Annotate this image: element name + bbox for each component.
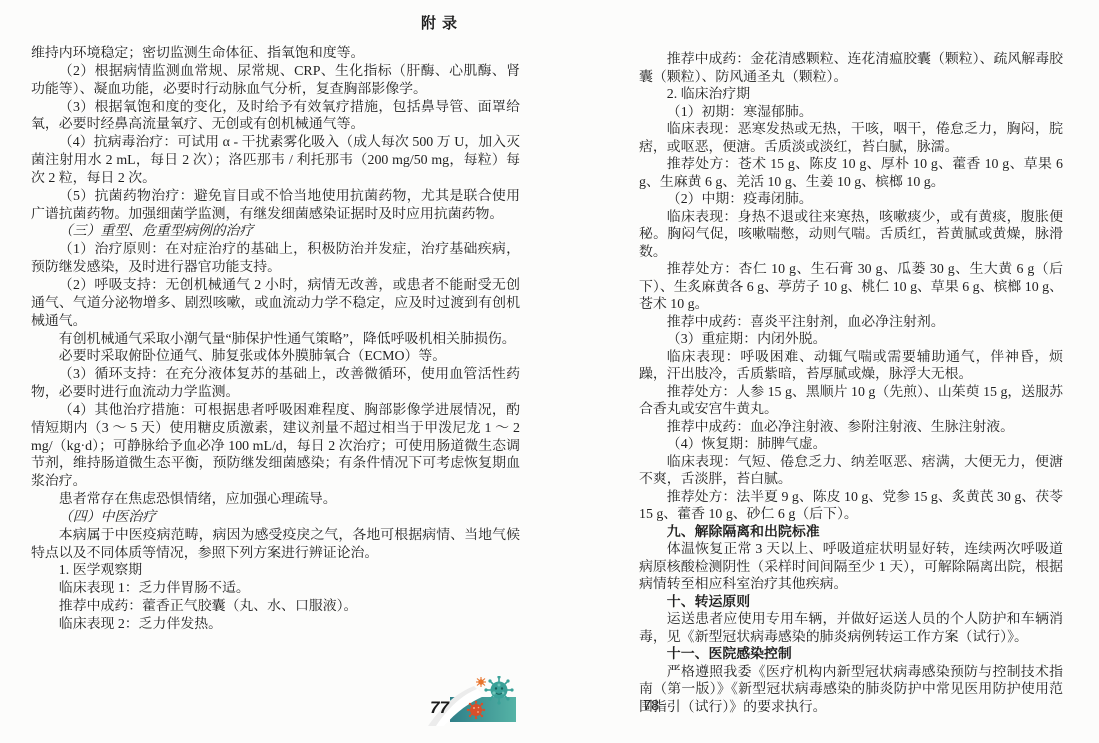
paragraph: （4）其他治疗措施：可根据患者呼吸困难程度、胸部影像学进展情况，酌情短期内（3 … — [31, 402, 520, 491]
paragraph: 患者常存在焦虑恐惧情绪，应加强心理疏导。 — [31, 491, 520, 509]
paragraph: 推荐中成药：金花清感颗粒、连花清瘟胶囊（颗粒）、疏风解毒胶囊（颗粒）、防风通圣丸… — [639, 51, 1063, 86]
paragraph: 本病属于中医疫病范畴，病因为感受疫戾之气，各地可根据病情、当地气候特点以及不同体… — [31, 527, 520, 563]
paragraph: （三）重型、危重型病例的治疗 — [31, 223, 520, 241]
paragraph: （2）根据病情监测血常规、尿常规、CRP、生化指标（肝酶、心肌酶、肾功能等）、凝… — [31, 63, 520, 99]
paragraph: 2. 临床治疗期 — [639, 86, 1063, 104]
small-virus-icon — [467, 701, 485, 719]
page-number-77: 77 — [430, 698, 449, 718]
page-77-body: 维持内环境稳定；密切监测生命体征、指氧饱和度等。（2）根据病情监测血常规、尿常规… — [31, 45, 520, 634]
paragraph: 维持内环境稳定；密切监测生命体征、指氧饱和度等。 — [31, 45, 520, 63]
paragraph: 必要时采取俯卧位通气、肺复张或体外膜肺氧合（ECMO）等。 — [31, 348, 520, 366]
paragraph: 1. 医学观察期 — [31, 562, 520, 580]
paragraph: 推荐处方：苍术 15 g、陈皮 10 g、厚朴 10 g、藿香 10 g、草果 … — [639, 156, 1063, 191]
sunburst-icon — [476, 677, 486, 687]
paragraph: （4）恢复期：肺脾气虚。 — [639, 436, 1063, 454]
paragraph: 体温恢复正常 3 天以上、呼吸道症状明显好转，连续两次呼吸道病原核酸检测阴性（采… — [639, 541, 1063, 594]
paragraph: 推荐中成药：喜炎平注射剂，血必净注射剂。 — [639, 314, 1063, 332]
paragraph: （5）抗菌药物治疗：避免盲目或不恰当地使用抗菌药物，尤其是联合使用广谱抗菌药物。… — [31, 188, 520, 224]
paragraph: 临床表现：恶寒发热或无热，干咳，咽干，倦怠乏力，胸闷，脘痞，或呕恶，便溏。舌质淡… — [639, 121, 1063, 156]
paragraph: 推荐处方：人参 15 g、黑顺片 10 g（先煎）、山茱萸 15 g，送服苏合香… — [639, 384, 1063, 419]
paragraph: 推荐中成药：藿香正气胶囊（丸、水、口服液）。 — [31, 598, 520, 616]
page-number-78: 78 — [643, 698, 659, 714]
paragraph: 推荐处方：杏仁 10 g、生石膏 30 g、瓜蒌 30 g、生大黄 6 g（后下… — [639, 261, 1063, 314]
paragraph: （1）初期：寒湿郁肺。 — [639, 104, 1063, 122]
paragraph: （1）治疗原则：在对症治疗的基础上，积极防治并发症，治疗基础疾病，预防继发感染，… — [31, 241, 520, 277]
paragraph: 临床表现 1：乏力伴胃肠不适。 — [31, 580, 520, 598]
paragraph: （2）中期：疫毒闭肺。 — [639, 191, 1063, 209]
page-78-body: 推荐中成药：金花清感颗粒、连花清瘟胶囊（颗粒）、疏风解毒胶囊（颗粒）、防风通圣丸… — [639, 51, 1063, 716]
paragraph: 临床表现：身热不退或往来寒热，咳嗽痰少，或有黄痰，腹胀便秘。胸闷气促，咳嗽喘憋，… — [639, 209, 1063, 262]
paragraph: 临床表现：呼吸困难、动辄气喘或需要辅助通气，伴神昏，烦躁，汗出肢冷，舌质紫暗，苔… — [639, 349, 1063, 384]
paragraph: 九、解除隔离和出院标准 — [639, 524, 1063, 542]
page-77-footer: 77 — [428, 676, 520, 726]
paragraph: 临床表现：气短、倦怠乏力、纳差呕恶、痞满，大便无力，便溏不爽，舌淡胖，苔白腻。 — [639, 454, 1063, 489]
paragraph: 十、转运原则 — [639, 594, 1063, 612]
paragraph: （3）重症期：内闭外脱。 — [639, 331, 1063, 349]
paragraph: 推荐中成药：血必净注射液、参附注射液、生脉注射液。 — [639, 419, 1063, 437]
paragraph: 十一、医院感染控制 — [639, 646, 1063, 664]
paragraph: 推荐处方：法半夏 9 g、陈皮 10 g、党参 15 g、炙黄芪 30 g、茯苓… — [639, 489, 1063, 524]
paragraph: （2）呼吸支持：无创机械通气 2 小时，病情无改善，或患者不能耐受无创通气、气道… — [31, 277, 520, 331]
paragraph: （3）循环支持：在充分液体复苏的基础上，改善微循环，使用血管活性药物，必要时进行… — [31, 366, 520, 402]
paragraph: （4）抗病毒治疗：可试用 α - 干扰素雾化吸入（成人每次 500 万 U，加入… — [31, 134, 520, 188]
paragraph: 有创机械通气采取小潮气量“肺保护性通气策略”，降低呼吸机相关肺损伤。 — [31, 331, 520, 349]
paragraph: 严格遵照我委《医疗机构内新型冠状病毒感染预防与控制技术指南（第一版）》《新型冠状… — [639, 664, 1063, 717]
paragraph: （3）根据氧饱和度的变化，及时给予有效氧疗措施，包括鼻导管、面罩给氧，必要时经鼻… — [31, 99, 520, 135]
paragraph: 运送患者应使用专用车辆，并做好运送人员的个人防护和车辆消毒，见《新型冠状病毒感染… — [639, 611, 1063, 646]
paragraph: 临床表现 2：乏力伴发热。 — [31, 616, 520, 634]
running-header: 附录 — [421, 12, 463, 33]
paragraph: （四）中医治疗 — [31, 509, 520, 527]
